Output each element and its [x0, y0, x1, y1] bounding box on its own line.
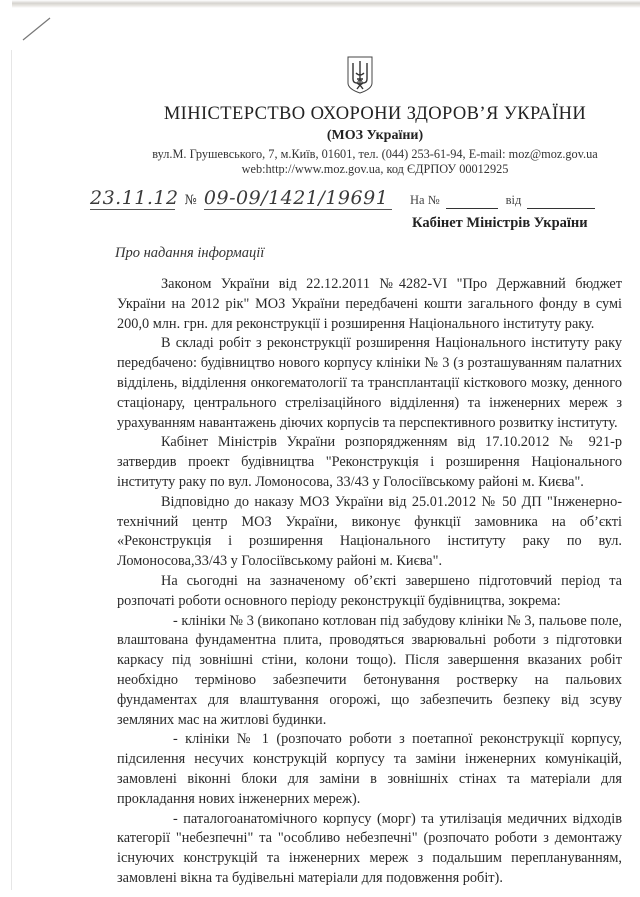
addressee: Кабінет Міністрів України [412, 215, 588, 232]
body-paragraph: Кабінет Міністрів України розпорядженням… [117, 433, 622, 492]
body-paragraph: На сьогодні на зазначеному об’єкті завер… [117, 572, 622, 612]
ministry-address: вул.М. Грушевського, 7, м.Київ, 01601, т… [0, 147, 640, 162]
body-paragraph: Законом України від 22.12.2011 №4282-VI … [117, 275, 622, 334]
body-list-item: - паталогоанатомічного корпусу (морг) та… [117, 810, 622, 889]
ministry-abbreviation: (МОЗ України) [0, 128, 640, 144]
letter-subject: Про надання інформації [115, 245, 264, 262]
incoming-reference: На № від [410, 193, 595, 209]
incoming-date-blank [527, 193, 595, 209]
outgoing-number-label: № [185, 193, 198, 208]
outgoing-registration: 23.11.12 № 09-09/1421/19691 [90, 187, 392, 210]
body-list-item: - клініки № 1 (розпочато роботи з поетап… [117, 730, 622, 809]
ministry-web-and-code: web:http://www.moz.gov.ua, код ЄДРПОУ 00… [0, 162, 640, 177]
incoming-from-label: від [506, 193, 522, 207]
body-paragraph: В складі робіт з реконструкції розширенн… [117, 334, 622, 433]
outgoing-number: 09-09/1421/19691 [204, 187, 392, 210]
incoming-number-blank [446, 193, 498, 209]
body-paragraph: Відповідно до наказу МОЗ України від 25.… [117, 493, 622, 572]
trident-emblem-icon [346, 55, 374, 95]
pen-stroke-mark [20, 14, 60, 44]
outgoing-date: 23.11.12 [90, 187, 175, 210]
scan-top-edge [12, 0, 640, 8]
body-list-item: - клініки № 3 (викопано котлован під заб… [117, 612, 622, 731]
letter-body: Законом України від 22.12.2011 №4282-VI … [117, 275, 622, 889]
incoming-number-label: На № [410, 193, 440, 207]
ministry-name: МІНІСТЕРСТВО ОХОРОНИ ЗДОРОВ’Я УКРАЇНИ [0, 104, 640, 125]
